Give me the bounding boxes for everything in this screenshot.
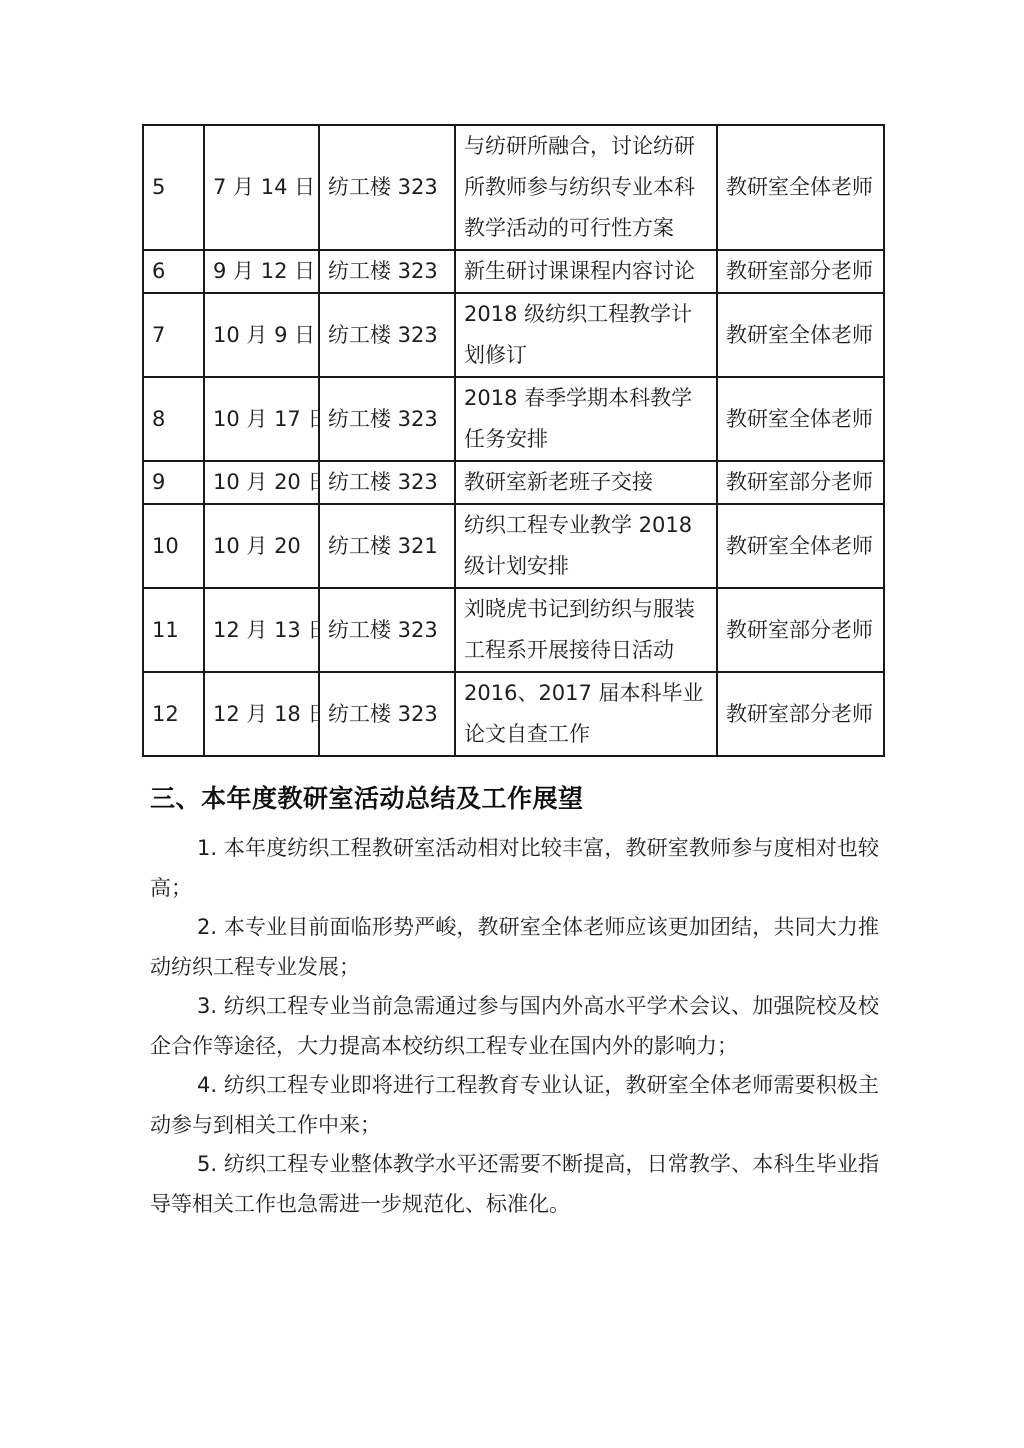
row-number-cell: 10 <box>143 504 204 588</box>
participants-cell: 教研室全体老师 <box>717 293 884 377</box>
date-cell: 12 月 18 日 <box>204 672 319 756</box>
content-cell: 新生研讨课课程内容讨论 <box>455 250 717 293</box>
date-cell: 9 月 12 日 <box>204 250 319 293</box>
table-row: 12 12 月 18 日 纺工楼 323 2016、2017 届本科毕业论文自查… <box>143 672 884 756</box>
content-cell: 纺织工程专业教学 2018 级计划安排 <box>455 504 717 588</box>
date-cell: 12 月 13 日 <box>204 588 319 672</box>
date-cell: 10 月 17 日 <box>204 377 319 461</box>
row-number-cell: 6 <box>143 250 204 293</box>
row-number-cell: 8 <box>143 377 204 461</box>
content-cell: 2016、2017 届本科毕业论文自查工作 <box>455 672 717 756</box>
content-cell: 教研室新老班子交接 <box>455 461 717 504</box>
participants-cell: 教研室部分老师 <box>717 672 884 756</box>
participants-cell: 教研室部分老师 <box>717 461 884 504</box>
row-number-cell: 11 <box>143 588 204 672</box>
participants-cell: 教研室部分老师 <box>717 250 884 293</box>
summary-paragraph: 4. 纺织工程专业即将进行工程教育专业认证，教研室全体老师需要积极主动参与到相关… <box>150 1066 879 1145</box>
summary-paragraph: 2. 本专业目前面临形势严峻，教研室全体老师应该更加团结，共同大力推动纺织工程专… <box>150 908 879 987</box>
date-cell: 10 月 20 日 <box>204 461 319 504</box>
content-cell: 刘晓虎书记到纺织与服装工程系开展接待日活动 <box>455 588 717 672</box>
row-number-cell: 9 <box>143 461 204 504</box>
participants-cell: 教研室全体老师 <box>717 377 884 461</box>
date-cell: 10 月 20 <box>204 504 319 588</box>
content-cell: 2018 级纺织工程教学计划修订 <box>455 293 717 377</box>
summary-paragraph: 3. 纺织工程专业当前急需通过参与国内外高水平学术会议、加强院校及校企合作等途径… <box>150 987 879 1066</box>
document-page: 5 7 月 14 日 纺工楼 323 与纺研所融合，讨论纺研所教师参与纺织专业本… <box>0 0 1024 1448</box>
table-row: 8 10 月 17 日 纺工楼 323 2018 春季学期本科教学任务安排 教研… <box>143 377 884 461</box>
content-cell: 2018 春季学期本科教学任务安排 <box>455 377 717 461</box>
date-cell: 7 月 14 日 <box>204 125 319 250</box>
table-row: 11 12 月 13 日 纺工楼 323 刘晓虎书记到纺织与服装工程系开展接待日… <box>143 588 884 672</box>
summary-paragraph: 5. 纺织工程专业整体教学水平还需要不断提高，日常教学、本科生毕业指导等相关工作… <box>150 1145 879 1224</box>
location-cell: 纺工楼 323 <box>319 250 455 293</box>
participants-cell: 教研室全体老师 <box>717 125 884 250</box>
activity-table: 5 7 月 14 日 纺工楼 323 与纺研所融合，讨论纺研所教师参与纺织专业本… <box>142 124 885 757</box>
content-cell: 与纺研所融合，讨论纺研所教师参与纺织专业本科教学活动的可行性方案 <box>455 125 717 250</box>
location-cell: 纺工楼 323 <box>319 588 455 672</box>
summary-body: 1. 本年度纺织工程教研室活动相对比较丰富，教研室教师参与度相对也较高； 2. … <box>150 829 879 1224</box>
location-cell: 纺工楼 321 <box>319 504 455 588</box>
table-row: 5 7 月 14 日 纺工楼 323 与纺研所融合，讨论纺研所教师参与纺织专业本… <box>143 125 884 250</box>
location-cell: 纺工楼 323 <box>319 125 455 250</box>
table-row: 6 9 月 12 日 纺工楼 323 新生研讨课课程内容讨论 教研室部分老师 <box>143 250 884 293</box>
table-row: 9 10 月 20 日 纺工楼 323 教研室新老班子交接 教研室部分老师 <box>143 461 884 504</box>
location-cell: 纺工楼 323 <box>319 293 455 377</box>
participants-cell: 教研室部分老师 <box>717 588 884 672</box>
row-number-cell: 7 <box>143 293 204 377</box>
participants-cell: 教研室全体老师 <box>717 504 884 588</box>
location-cell: 纺工楼 323 <box>319 461 455 504</box>
location-cell: 纺工楼 323 <box>319 377 455 461</box>
date-cell: 10 月 9 日 <box>204 293 319 377</box>
section-heading: 三、本年度教研室活动总结及工作展望 <box>150 783 880 815</box>
row-number-cell: 5 <box>143 125 204 250</box>
table-row: 10 10 月 20 纺工楼 321 纺织工程专业教学 2018 级计划安排 教… <box>143 504 884 588</box>
table-row: 7 10 月 9 日 纺工楼 323 2018 级纺织工程教学计划修订 教研室全… <box>143 293 884 377</box>
row-number-cell: 12 <box>143 672 204 756</box>
location-cell: 纺工楼 323 <box>319 672 455 756</box>
summary-paragraph: 1. 本年度纺织工程教研室活动相对比较丰富，教研室教师参与度相对也较高； <box>150 829 879 908</box>
